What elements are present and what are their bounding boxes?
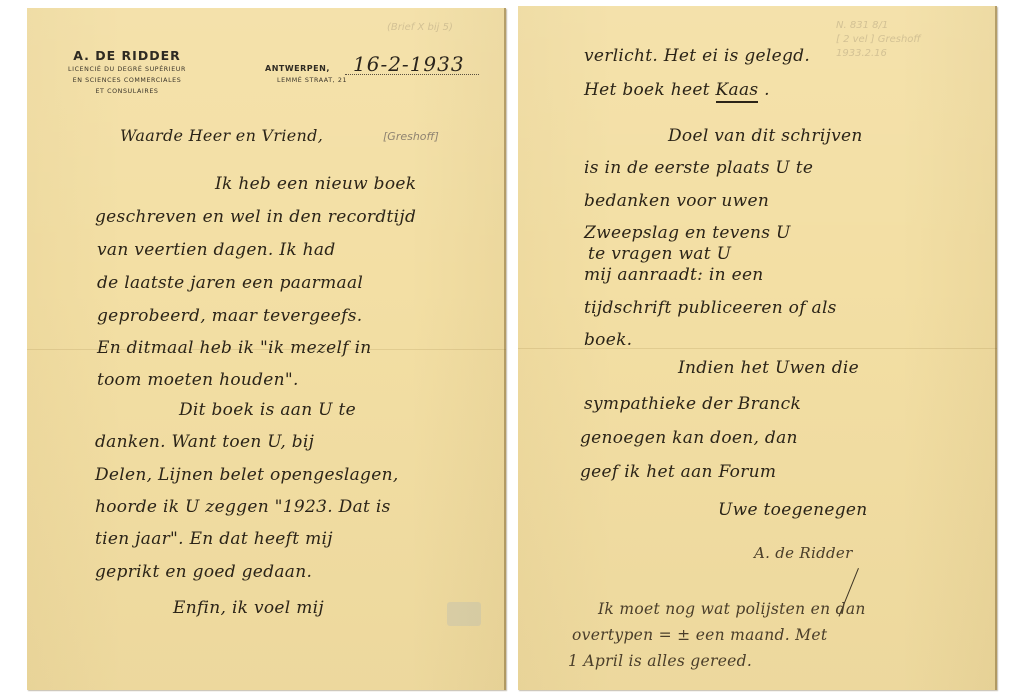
body-line: Dit boek is aan U te xyxy=(179,400,356,420)
body-line: hoorde ik U zeggen "1923. Dat is xyxy=(95,497,391,517)
page-edge xyxy=(995,6,997,690)
body-line: geef ik het aan Forum xyxy=(580,462,776,482)
body-line: van veertien dagen. Ik had xyxy=(97,240,336,260)
body-line: danken. Want toen U, bij xyxy=(95,432,314,452)
book-title-suffix: . xyxy=(764,80,770,100)
body-line: tien jaar". En dat heeft mij xyxy=(95,529,333,549)
postscript-line: 1 April is alles gereed. xyxy=(568,652,752,670)
body-line: mij aanraadt: in een xyxy=(584,265,764,285)
body-line-with-title: Het boek heet Kaas . xyxy=(584,80,770,100)
body-line: geprikt en goed gedaan. xyxy=(95,562,312,582)
body-line: geprobeerd, maar tevergeefs. xyxy=(97,306,362,326)
closing: Uwe toegenegen xyxy=(718,500,868,520)
letterhead-name: A. DE RIDDER xyxy=(57,48,197,63)
body-line: Enfin, ik voel mij xyxy=(173,598,324,618)
letterhead-city: ANTWERPEN, xyxy=(265,64,330,73)
body-line: Zweepslag en tevens U xyxy=(584,223,791,243)
salutation-annotation: [Greshoff] xyxy=(383,130,439,143)
body-line: Doel van dit schrijven xyxy=(668,126,863,146)
body-line: is in de eerste plaats U te xyxy=(584,158,813,178)
letter-page-1: (Brief X bij 5) A. DE RIDDER LICENCIÉ DU… xyxy=(27,8,506,690)
postscript-line: overtypen = ± een maand. Met xyxy=(572,626,827,644)
body-line: toom moeten houden". xyxy=(97,370,299,390)
body-line: boek. xyxy=(584,330,632,350)
body-line: tijdschrift publiceeren of als xyxy=(584,298,837,318)
body-line-text: Het boek heet xyxy=(584,80,710,100)
page-edge xyxy=(504,8,506,690)
body-line: geschreven en wel in den recordtijd xyxy=(95,207,416,227)
body-line: bedanken voor uwen xyxy=(584,191,769,211)
body-line: genoegen kan doen, dan xyxy=(580,428,798,448)
book-title: Kaas xyxy=(716,80,759,103)
body-line: Indien het Uwen die xyxy=(678,358,859,378)
postscript-line: Ik moet nog wat polijsten en dan xyxy=(598,600,866,618)
archive-note-line: [ 2 vel ] Greshoff xyxy=(836,34,921,46)
signature: A. de Ridder xyxy=(754,544,853,562)
archive-note: (Brief X bij 5) xyxy=(387,22,453,34)
letterhead-subtitle-3: ET CONSULAIRES xyxy=(41,88,213,95)
letterhead-street: LEMMÉ STRAAT, 21 xyxy=(277,77,347,84)
salutation: Waarde Heer en Vriend, xyxy=(120,126,323,145)
letter-page-2: N. 831 8/1 [ 2 vel ] Greshoff 1933.2.16 … xyxy=(518,6,997,690)
body-line: Ik heb een nieuw boek xyxy=(215,174,416,194)
body-line: En ditmaal heb ik "ik mezelf in xyxy=(97,338,372,358)
letter-date: 16-2-1933 xyxy=(353,52,465,76)
body-line: Delen, Lijnen belet opengeslagen, xyxy=(95,465,399,485)
body-line: te vragen wat U xyxy=(588,244,731,264)
archive-note-line: N. 831 8/1 xyxy=(836,20,888,32)
body-line: verlicht. Het ei is gelegd. xyxy=(584,46,810,66)
body-line: sympathieke der Branck xyxy=(584,394,801,414)
stain-mark xyxy=(447,602,481,626)
body-line: de laatste jaren een paarmaal xyxy=(97,273,363,293)
letterhead-subtitle-2: EN SCIENCES COMMERCIALES xyxy=(41,77,213,84)
archive-note-line: 1933.2.16 xyxy=(836,48,887,60)
letterhead-subtitle-1: LICENCIÉ DU DEGRÉ SUPÉRIEUR xyxy=(41,66,213,73)
